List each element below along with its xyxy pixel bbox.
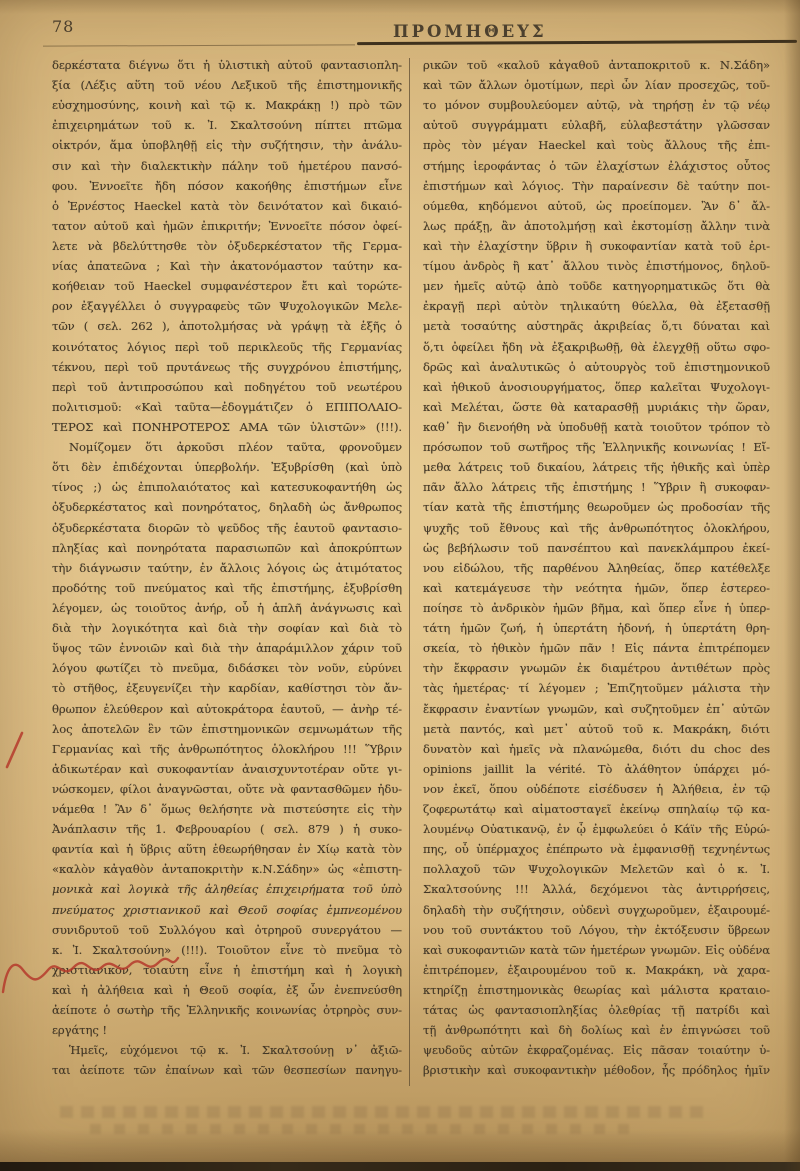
- text-line: καὶ κατεμάγευσε τὴν νεότητα ἡμῶν, ὅπερ ἐ…: [423, 578, 770, 598]
- text-line: νώσκομεν, φίλοι ἀναγνῶσται, οὔτε νὰ φαντ…: [52, 779, 402, 799]
- text-line: τῶν ( σελ. 262 ), ἀποτολμήσας νὰ γράψῃ τ…: [52, 316, 402, 336]
- text-line: τὴν διάγνωσιν ταύτην, ἐν ἄλλοις λόγοις ὡ…: [52, 558, 402, 578]
- text-line: Ἀνάπλασιν τῆς 1. Φεβρουαρίου ( σελ. 879 …: [52, 819, 402, 839]
- text-line: προδότης τοῦ πνεύματος καὶ τῆς ἐπιστήμης…: [52, 578, 402, 598]
- text-line: τίμου ἀνδρὸς ἢ κατ᾽ ἄλλου τινὸς ἐπιστήμο…: [423, 256, 770, 276]
- text-line: opinions jaillit la vérité. Τὸ ἀλάθητον …: [423, 759, 770, 779]
- ink-bleedthrough: [60, 1106, 710, 1118]
- text-line: νίας ἀπατεῶνα ; Καὶ τὴν ἀκατονόμαστον τα…: [52, 256, 402, 276]
- text-line: μεν ἡμεῖς αὐτῷ ἀπὸ τοῦδε κατηγορηματικῶς…: [423, 276, 770, 296]
- text-line: πολλαχοῦ τῶν Ψυχολογικῶν Μελετῶν καὶ ὁ κ…: [423, 859, 770, 879]
- text-line: ἀείποτε ὁ σωτὴρ τῆς Ἑλληνικῆς κοινωνίας …: [52, 1000, 402, 1020]
- text-line: καὶ Μελέται, ὥστε θὰ καταρασθῇ μυριάκις …: [423, 397, 770, 417]
- text-line: τίαν κατὰ τῆς ἐπιστήμης θεωροῦμεν ὡς προ…: [423, 497, 770, 517]
- text-line: ἀδικωτέραν καὶ συκοφαντίαν ἀναισχυντοτέρ…: [52, 759, 402, 779]
- scanned-page: 78 ΠΡΟΜΗΘΕΥΣ δερκέστατα διέγνω ὅτι ἡ ὑλι…: [0, 0, 800, 1171]
- text-line: χριστιανικόν, τοιαύτη εἶνε ἡ ἐπιστήμη κα…: [52, 960, 402, 980]
- text-line: ρον ἐξαγγέλλει ὁ συγγραφεὺς τῶν Ψυχολογι…: [52, 296, 402, 316]
- text-line: πρόσωπον τοῦ σωτῆρος τῆς Ἑλληνικῆς κοινω…: [423, 437, 770, 457]
- text-line: λος ἀποτελῶν ἓν τῶν ἐπιστημονικῶν σεμνωμ…: [52, 719, 402, 739]
- text-line: μεθα λάτρεις τοῦ δικαίου, λάτρεις τῆς ἠθ…: [423, 457, 770, 477]
- text-line: δυνατὸν καὶ ἡμεῖς νὰ πλανώμεθα, διότι du…: [423, 739, 770, 759]
- text-line: πης, οὗ ὑπέρμαχος ἐπέπρωτο νὰ ἐμφανισθῇ …: [423, 839, 770, 859]
- text-line: ἐπιστήμων καὶ λόγιος. Τὴν παραίνεσιν δὲ …: [423, 176, 770, 196]
- text-line: δρῶς καὶ ἀναλυτικῶς ὁ αὐτουργὸς τοῦ ἐπισ…: [423, 357, 770, 377]
- text-line: τὸ στῆθος, ἐξευγενίζει τὴν καρδίαν, καθί…: [52, 678, 402, 698]
- text-line: ζοφερωτάτῳ καὶ αἱματοσταγεῖ ἐκείνῳ σπηλα…: [423, 799, 770, 819]
- text-line: στήμης ἱεροφάντας ὁ τῶν ἐλαχίστων ἐλάχισ…: [423, 156, 770, 176]
- left-column: δερκέστατα διέγνω ὅτι ἡ ὑλιστικὴ αὐτοῦ φ…: [52, 55, 402, 1081]
- text-line: ούμεθα, κηδόμενοι αὐτοῦ, ὡς προείπομεν. …: [423, 196, 770, 216]
- text-line: το μόνον συμβουλεύομεν αὐτῷ, νὰ τηρήσῃ ἐ…: [423, 95, 770, 115]
- text-line: καὶ τὴν ἐλαχίστην ὕβριν ἢ συκοφαντίαν κα…: [423, 236, 770, 256]
- text-line: ὀξυδερκέστατος καὶ πονηρότατος, δηλαδὴ ὡ…: [52, 497, 402, 517]
- column-divider: [409, 58, 410, 1086]
- scan-edge-right: [784, 0, 800, 1171]
- text-line: ΤΕΡΟΣ καὶ ΠΟΝΗΡΟΤΕΡΟΣ ΑΜΑ τῶν ὑλιστῶν» (…: [52, 417, 402, 437]
- text-line: τατον αὐτοῦ καὶ ἡμῶν ἐπικριτήν; Ἐννοεῖτε…: [52, 216, 402, 236]
- text-line: δηλαδὴ τὴν συζήτησιν, οὐδενὶ συγχωροῦμεν…: [423, 900, 770, 920]
- text-line: λετε νὰ βδελύττησθε τὸν ὀξυδερκέστατον τ…: [52, 236, 402, 256]
- text-line: κτηρίζῃ ἐπιστημονικὰς θεωρίας καὶ μάλιστ…: [423, 980, 770, 1000]
- text-line: οἰκτρόν, ἅμα ὑποβληθῇ εἰς τὴν συζήτησιν,…: [52, 135, 402, 155]
- text-line: πολιτισμοῦ: «Καὶ ταῦτα—ἐδογμάτιζεν ὁ ΕΠΙ…: [52, 397, 402, 417]
- text-line: κ. Ἰ. Σκαλτσούνη» (!!!). Τοιοῦτον εἶνε τ…: [52, 940, 402, 960]
- text-line: δερκέστατα διέγνω ὅτι ἡ ὑλιστικὴ αὐτοῦ φ…: [52, 55, 402, 75]
- text-line: τῇ ἀνθρωπότητι καὶ δὴ δολίως καὶ ἐν ἐπιγ…: [423, 1020, 770, 1040]
- text-line: ξία (Λέξις αὕτη τοῦ νέου Λεξικοῦ τῆς ἐπι…: [52, 75, 402, 95]
- text-line: ὅτι δὲν ἐπιδέχονται ὑπερβολήν. Ἐξυβρίσθη…: [52, 457, 402, 477]
- text-line: τίνος ;) ὡς ἐπιπολαιότατος καὶ κατεσυκοφ…: [52, 477, 402, 497]
- text-line: ἐκραγῇ περὶ αὐτὸν τηλικαύτη θύελλα, θὰ ἐ…: [423, 296, 770, 316]
- text-line: εργάτης !: [52, 1020, 402, 1040]
- text-line: καὶ ἡ ἀλήθεια καὶ ἡ Θεοῦ σοφία, ἐξ ὧν ἐν…: [52, 980, 402, 1000]
- text-line: ἐπιτρέπομεν, ἐξαιρουμένου τοῦ κ. Μακράκη…: [423, 960, 770, 980]
- text-line: πᾶν ἄλλο λάτρεις τῆς ἐπιστήμης ! Ὕβριν ἢ…: [423, 477, 770, 497]
- text-line: τὰς ἡμετέρας· τί λέγομεν ; Ἐπιζητοῦμεν μ…: [423, 678, 770, 698]
- text-line: νου εἰδώλου, τῆς παρθένου Ἀληθείας, ὅπερ…: [423, 558, 770, 578]
- text-line: μονικὰ καὶ λογικὰ τῆς ἀληθείας ἐπιχειρήμ…: [52, 879, 402, 899]
- text-line: ρικῶν τοῦ «καλοῦ κἀγαθοῦ ἀνταποκριτοῦ κ.…: [423, 55, 770, 75]
- text-line: καὶ συκοφαντιῶν κατὰ τῶν ἡμετέρων γνωμῶν…: [423, 940, 770, 960]
- text-line: τάτη ἡμῶν ζωή, ἡ ὑπερτάτη ἡδονή, ἡ ὑπερτ…: [423, 618, 770, 638]
- text-line: ὅ,τι ὀφείλει ἤδη νὰ ἐξακριβωθῇ, θὰ ἐλεγχ…: [423, 337, 770, 357]
- scan-shadow-bottom: [0, 1129, 800, 1163]
- text-line: βριστικὴν καὶ συκοφαντικὴν μέθοδον, ἧς π…: [423, 1060, 770, 1080]
- text-line: κοινότατος λόγιος περὶ τοῦ περικλεοῦς τῆ…: [52, 337, 402, 357]
- text-line: εὐσχημοσύνης, κοινὴ καὶ τῷ κ. Μακράκῃ !)…: [52, 95, 402, 115]
- text-line: λέγομεν, ὡς τοιοῦτος ἀνήρ, οὗ ἡ ἁπλῆ ἀνά…: [52, 598, 402, 618]
- text-line: ὡς βεβήλωσιν τοῦ πανσέπτου καὶ πανεκλάμπ…: [423, 538, 770, 558]
- text-line: θρωπον ἐλεύθερον καὶ αὐτοκράτορα ἑαυτοῦ,…: [52, 699, 402, 719]
- text-line: λόγου φωτίζει τὸ πνεῦμα, διδάσκει τὸν νο…: [52, 658, 402, 678]
- text-line: Σκαλτσούνης !!! Ἀλλά, δεχόμενοι τὰς ἀντι…: [423, 879, 770, 899]
- text-line: ψυχῆς τοῦ ἔθνους καὶ τῆς ἀνθρωπότητος ὁλ…: [423, 518, 770, 538]
- text-line: «καλὸν κἀγαθὸν ἀνταποκριτὴν κ.Ν.Σάδην» ὡ…: [52, 859, 402, 879]
- text-line: πληξίας καὶ πονηρότατα παρασιωπῶν καὶ ἀπ…: [52, 538, 402, 558]
- scan-edge-bottom: [0, 1162, 800, 1171]
- text-line: ὕψος τῶν ἐννοιῶν καὶ διὰ τὴν ἀπαράμιλλον…: [52, 638, 402, 658]
- text-line: περὶ τοῦ ἀντιπροσώπου καὶ ποδηγέτου τοῦ …: [52, 377, 402, 397]
- text-line: ἔκφρασιν ἐναντίων γνωμῶν, καὶ συζητοῦμεν…: [423, 699, 770, 719]
- text-line: καὶ τῶν ἄλλων ὁμοτίμων, περὶ ὧν λίαν προ…: [423, 75, 770, 95]
- text-line: νου τοῦ συντάκτου τοῦ Λόγου, τὴν ἐκτόξευ…: [423, 920, 770, 940]
- text-line: ἐπιχειρημάτων τοῦ κ. Ἰ. Σκαλτσούνη πίπτε…: [52, 115, 402, 135]
- text-line: λως πράξῃ, ἂν ἀποτολμήσῃ καὶ ἐκστομίσῃ ἄ…: [423, 216, 770, 236]
- text-line: ψευδοῦς αὐτῶν ἐκφραζομένας. Εἰς πᾶσαν το…: [423, 1040, 770, 1060]
- text-line: πρὸς τὸν μέγαν Haeckel καὶ τοὺς ἄλλους τ…: [423, 135, 770, 155]
- text-line: Νομίζομεν ὅτι ἀρκοῦσι πλέον ταῦτα, φρονο…: [52, 437, 402, 457]
- text-line: ὁ Ἐρνέστος Haeckel κατὰ τὸν δεινότατον κ…: [52, 196, 402, 216]
- text-line: φου. Ἐννοεῖτε ἤδη πόσον κακοήθης ἐπιστήμ…: [52, 176, 402, 196]
- text-line: ται ἀείποτε τῶν ἐπαίνων καὶ τῶν θεσπεσίω…: [52, 1060, 402, 1080]
- right-column: ρικῶν τοῦ «καλοῦ κἀγαθοῦ ἀνταποκριτοῦ κ.…: [423, 55, 770, 1081]
- text-line: πνεύματος χριστιανικοῦ καὶ Θεοῦ σοφίας ἐ…: [52, 900, 402, 920]
- text-line: ὀξυδερκέστατα διορῶν τὸ ψεῦδος τῆς ἑαυτο…: [52, 518, 402, 538]
- page-number: 78: [52, 17, 74, 36]
- scan-edge-top: [0, 0, 800, 14]
- text-line: νον ἐκεῖ, ὅπου οὐδέποτε εἰσέδυσεν ἡ Ἀλήθ…: [423, 779, 770, 799]
- text-line: φαντία καὶ ἡ ὕβρις αὕτη ἐθεωρήθησαν ἐν Χ…: [52, 839, 402, 859]
- text-line: σκεία, τὸ ἠθικὸν ἡμῶν πᾶν ! Εἰς πάντα ἐπ…: [423, 638, 770, 658]
- publication-title: ΠΡΟΜΗΘΕΥΣ: [393, 22, 547, 41]
- text-line: Γερμανίας καὶ τῆς ἀνθρωπότητος ὁλοκλήρου…: [52, 739, 402, 759]
- text-line: τέκνου, περὶ τοῦ πρυτάνεως τῆς συγχρόνου…: [52, 357, 402, 377]
- text-line: σιν καὶ τὴν διαλεκτικὴν πάλην τοῦ ἡμετέρ…: [52, 156, 402, 176]
- text-line: συνιδρυτοῦ τοῦ Συλλόγου καὶ ὀτρηροῦ συνε…: [52, 920, 402, 940]
- text-line: τὴν ἔκφρασιν γνωμῶν ἐκ διαμέτρου ἀντιθέτ…: [423, 658, 770, 678]
- text-line: κοήθειαν τοῦ Haeckel συμφανέστερον ἔτι κ…: [52, 276, 402, 296]
- text-line: μετὰ παντός, καὶ μετ᾽ αὐτοῦ τοῦ κ. Μακρά…: [423, 719, 770, 739]
- text-line: Ἡμεῖς, εὐχόμενοι τῷ κ. Ἰ. Σκαλτσούνῃ ν᾽ …: [52, 1040, 402, 1060]
- margin-slash-mark: [7, 733, 22, 767]
- text-line: διὰ τὴν λογικότητα καὶ διὰ τὴν σοφίαν κα…: [52, 618, 402, 638]
- text-line: ποίησε τὸ ἀνδρικὸν ἡμῶν βῆμα, καὶ ὅπερ ε…: [423, 598, 770, 618]
- text-line: μετὰ τοσαύτης αὐστηρᾶς ἀκριβείας ὅ,τι δύ…: [423, 316, 770, 336]
- text-line: λουμένῳ Οὐατικανῷ, ἐν ᾧ ἐμφωλεύει ὁ Κάϊν…: [423, 819, 770, 839]
- text-line: τάτας ὡς φαντασιοπληξίας ὀλεθρίας τῇ πατ…: [423, 1000, 770, 1020]
- text-line: καθ᾽ ἣν διενοήθη νὰ ὑποδυθῇ κατὰ τοιοῦτο…: [423, 417, 770, 437]
- text-line: νάμεθα ! Ἂν δ᾽ ὅμως θελήσητε νὰ πιστεύση…: [52, 799, 402, 819]
- header-rule-left: [43, 44, 355, 47]
- text-line: αὐτοῦ συγγράμματι εὐλαβῆ, εὐλαβεστάτην γ…: [423, 115, 770, 135]
- text-line: καὶ ἠθικοῦ ἀνοσιουργήματος, ὅπερ καλεῖτα…: [423, 377, 770, 397]
